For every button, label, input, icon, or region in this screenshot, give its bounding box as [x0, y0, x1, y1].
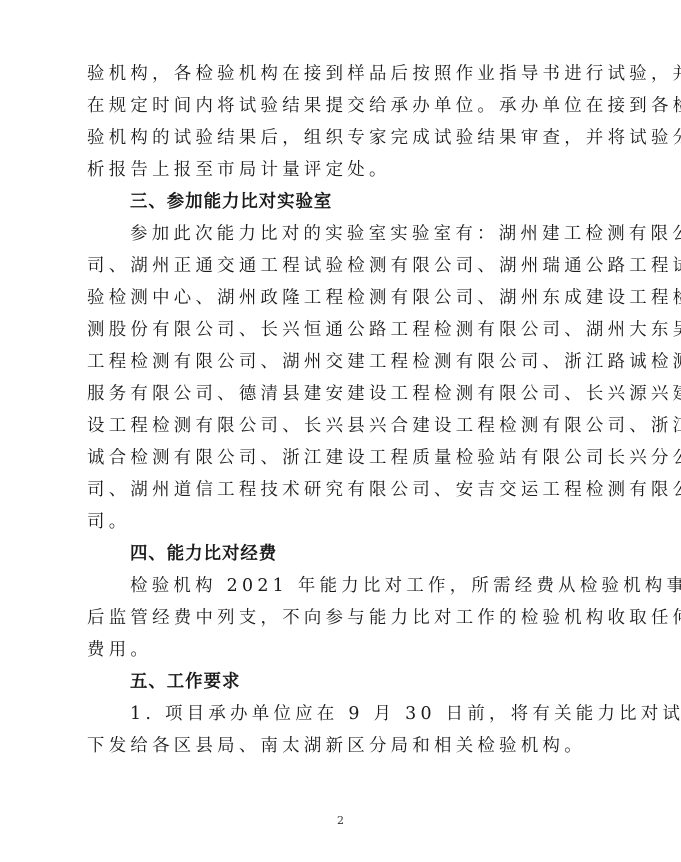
paragraph-intro: 验机构，各检验机构在接到样品后按照作业指导书进行试验，并 在规定时间内将试验结果… — [87, 58, 609, 186]
text-line: 验机构，各检验机构在接到样品后按照作业指导书进行试验，并 — [87, 58, 609, 90]
document-page: 验机构，各检验机构在接到样品后按照作业指导书进行试验，并 在规定时间内将试验结果… — [87, 58, 609, 762]
text-line: 费用。 — [87, 634, 609, 666]
text-line: 司、湖州正通交通工程试验检测有限公司、湖州瑞通公路工程试 — [87, 250, 609, 282]
page-number: 2 — [0, 814, 681, 827]
section-funding: 四、能力比对经费 检验机构 2021 年能力比对工作，所需经费从检验机构事中事 … — [87, 538, 609, 666]
text-line: 服务有限公司、德清县建安建设工程检测有限公司、长兴源兴建 — [87, 378, 609, 410]
text-line: 下发给各区县局、南太湖新区分局和相关检验机构。 — [87, 730, 609, 762]
text-line: 1. 项目承办单位应在 9 月 30 日前，将有关能力比对试验通知 — [87, 698, 609, 730]
text-line: 司。 — [87, 506, 609, 538]
text-line: 诚合检测有限公司、浙江建设工程质量检验站有限公司长兴分公 — [87, 442, 609, 474]
text-line: 验检测中心、湖州政隆工程检测有限公司、湖州东成建设工程检 — [87, 282, 609, 314]
text-line: 测股份有限公司、长兴恒通公路工程检测有限公司、湖州大东吴 — [87, 314, 609, 346]
text-line: 参加此次能力比对的实验室实验室有：湖州建工检测有限公 — [87, 218, 609, 250]
text-line: 工程检测有限公司、湖州交建工程检测有限公司、浙江路诚检测 — [87, 346, 609, 378]
text-line: 司、湖州道信工程技术研究有限公司、安吉交运工程检测有限公 — [87, 474, 609, 506]
section-heading: 五、工作要求 — [87, 666, 609, 698]
section-heading: 四、能力比对经费 — [87, 538, 609, 570]
text-line: 析报告上报至市局计量评定处。 — [87, 154, 609, 186]
text-line: 检验机构 2021 年能力比对工作，所需经费从检验机构事中事 — [87, 570, 609, 602]
text-line: 设工程检测有限公司、长兴县兴合建设工程检测有限公司、浙江 — [87, 410, 609, 442]
section-work-requirements: 五、工作要求 1. 项目承办单位应在 9 月 30 日前，将有关能力比对试验通知… — [87, 666, 609, 762]
section-heading: 三、参加能力比对实验室 — [87, 186, 609, 218]
text-line: 验机构的试验结果后，组织专家完成试验结果审查，并将试验分 — [87, 122, 609, 154]
section-participating-labs: 三、参加能力比对实验室 参加此次能力比对的实验室实验室有：湖州建工检测有限公 司… — [87, 186, 609, 538]
text-line: 在规定时间内将试验结果提交给承办单位。承办单位在接到各检 — [87, 90, 609, 122]
text-line: 后监管经费中列支，不向参与能力比对工作的检验机构收取任何 — [87, 602, 609, 634]
